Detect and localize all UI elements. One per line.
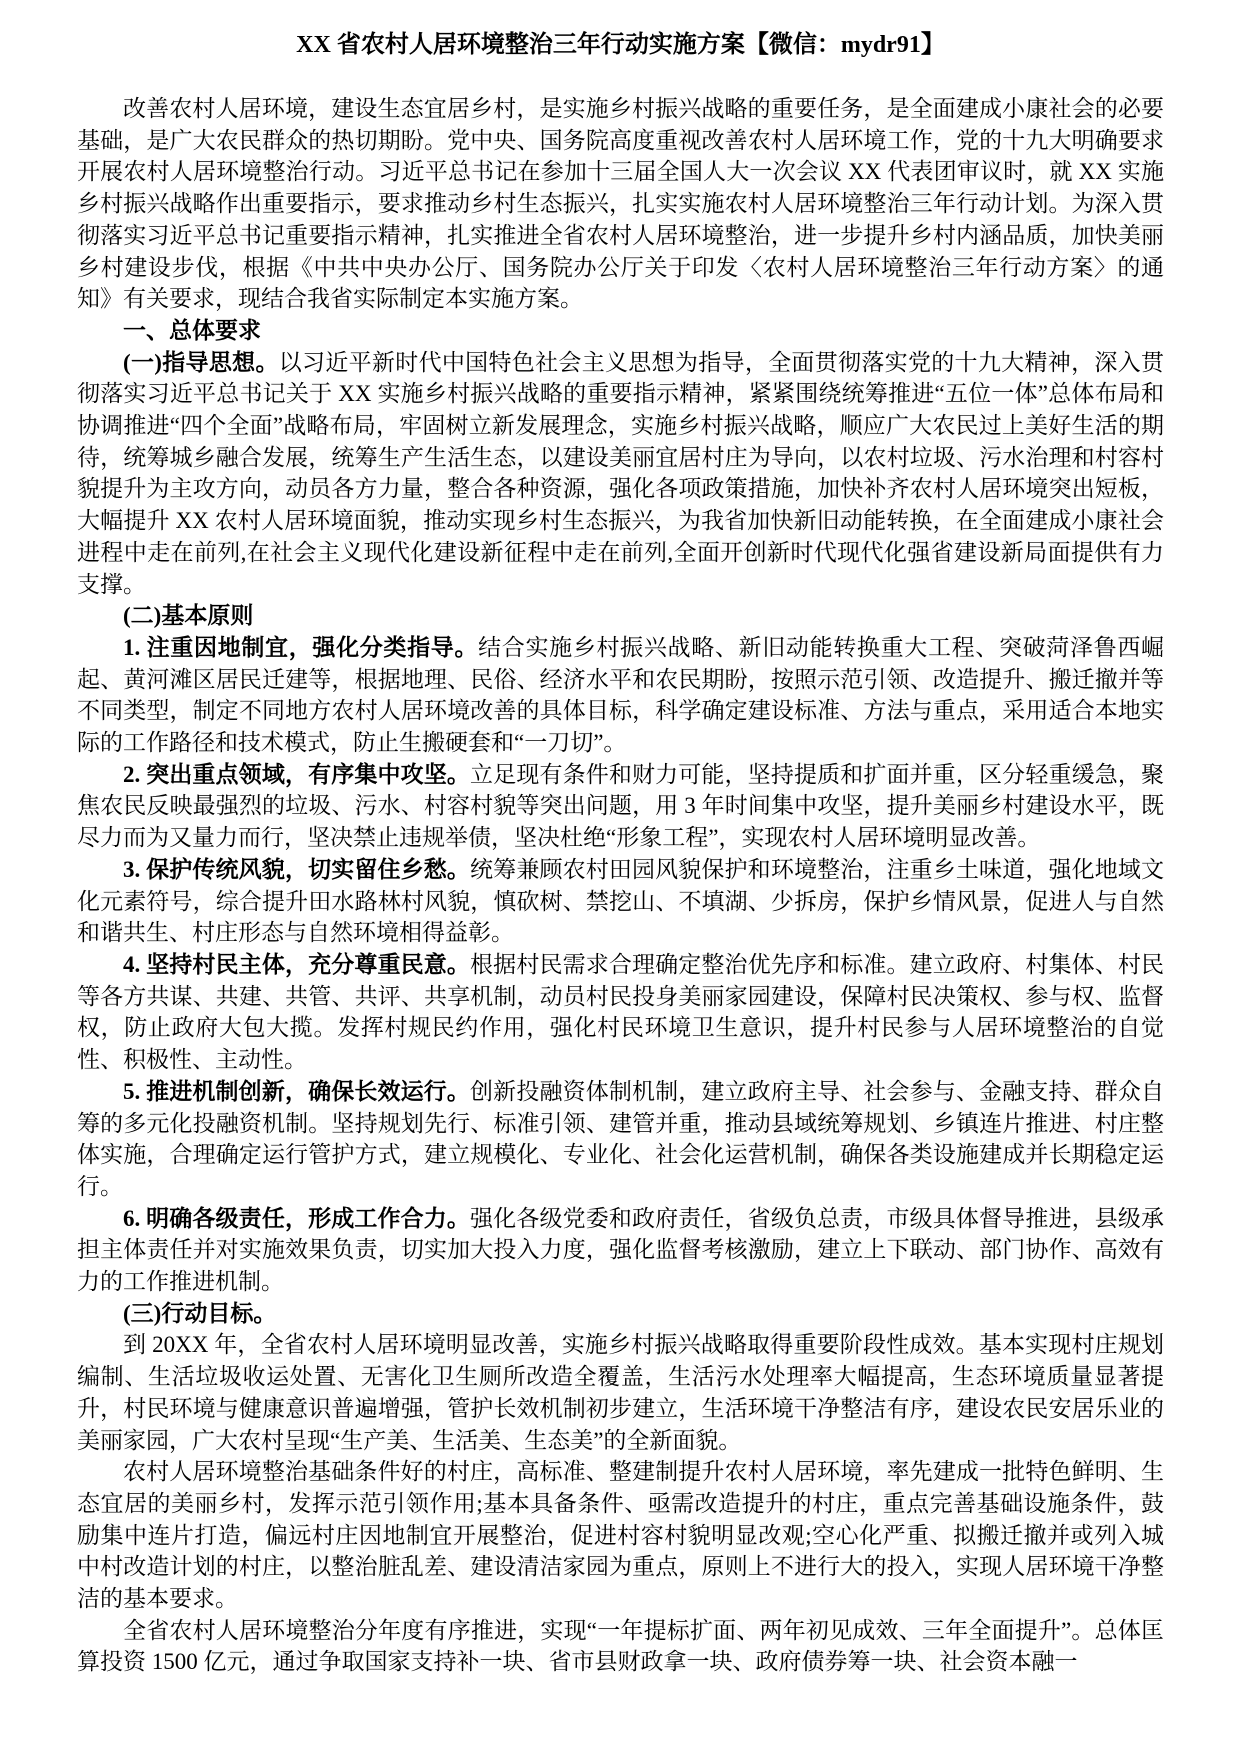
paragraph-text: 到 20XX 年，全省农村人居环境明显改善，实施乡村振兴战略取得重要阶段性成效。… xyxy=(77,1332,1164,1452)
paragraph-text: 农村人居环境整治基础条件好的村庄，高标准、整建制提升农村人居环境，率先建成一批特… xyxy=(77,1459,1164,1611)
paragraph-village-categories: 农村人居环境整治基础条件好的村庄，高标准、整建制提升农村人居环境，率先建成一批特… xyxy=(77,1456,1164,1615)
intro-paragraph: 改善农村人居环境，建设生态宜居乡村，是实施乡村振兴战略的重要任务，是全面建成小康… xyxy=(77,93,1164,315)
heading-lead: 一、总体要求 xyxy=(123,318,261,343)
heading-overall-requirements: 一、总体要求 xyxy=(77,315,1164,347)
principle-6-paragraph: 6. 明确各级责任，形成工作合力。强化各级党委和政府责任，省级负总责，市级具体督… xyxy=(77,1203,1164,1298)
paragraph-lead: 4. 坚持村民主体，充分尊重民意。 xyxy=(123,952,470,977)
paragraph-lead: 3. 保护传统风貌，切实留住乡愁。 xyxy=(123,857,470,882)
paragraph-lead: 5. 推进机制创新，确保长效运行。 xyxy=(123,1079,470,1104)
principle-5-paragraph: 5. 推进机制创新，确保长效运行。创新投融资体制机制，建立政府主导、社会参与、金… xyxy=(77,1076,1164,1203)
document-title: XX 省农村人居环境整治三年行动实施方案【微信：mydr91】 xyxy=(77,28,1164,62)
paragraph-text: 以习近平新时代中国特色社会主义思想为指导，全面贯彻落实党的十九大精神，深入贯彻落… xyxy=(77,350,1164,597)
paragraph-lead: (一)指导思想。 xyxy=(123,350,279,375)
paragraph-annual-plan-funding: 全省农村人居环境整治分年度有序推进，实现“一年提标扩面、两年初见成效、三年全面提… xyxy=(77,1615,1164,1678)
paragraph-goals-overview: 到 20XX 年，全省农村人居环境明显改善，实施乡村振兴战略取得重要阶段性成效。… xyxy=(77,1329,1164,1456)
principle-2-paragraph: 2. 突出重点领域，有序集中攻坚。立足现有条件和财力可能，坚持提质和扩面并重，区… xyxy=(77,759,1164,854)
principle-3-paragraph: 3. 保护传统风貌，切实留住乡愁。统筹兼顾农村田园风貌保护和环境整治，注重乡土味… xyxy=(77,854,1164,949)
paragraph-lead: 6. 明确各级责任，形成工作合力。 xyxy=(123,1206,470,1231)
heading-lead: (二)基本原则 xyxy=(123,603,253,628)
heading-action-goals: (三)行动目标。 xyxy=(77,1298,1164,1330)
paragraph-lead: 1. 注重因地制宜，强化分类指导。 xyxy=(123,635,478,660)
heading-basic-principles: (二)基本原则 xyxy=(77,600,1164,632)
paragraph-text: 改善农村人居环境，建设生态宜居乡村，是实施乡村振兴战略的重要任务，是全面建成小康… xyxy=(77,96,1164,311)
paragraph-lead: 2. 突出重点领域，有序集中攻坚。 xyxy=(123,762,470,787)
paragraph-guiding-ideology: (一)指导思想。以习近平新时代中国特色社会主义思想为指导，全面贯彻落实党的十九大… xyxy=(77,347,1164,601)
document-page: XX 省农村人居环境整治三年行动实施方案【微信：mydr91】 改善农村人居环境… xyxy=(0,0,1240,1754)
principle-1-paragraph: 1. 注重因地制宜，强化分类指导。结合实施乡村振兴战略、新旧动能转换重大工程、突… xyxy=(77,632,1164,759)
principle-4-paragraph: 4. 坚持村民主体，充分尊重民意。根据村民需求合理确定整治优先序和标准。建立政府… xyxy=(77,949,1164,1076)
heading-lead: (三)行动目标。 xyxy=(123,1301,276,1326)
paragraph-text: 全省农村人居环境整治分年度有序推进，实现“一年提标扩面、两年初见成效、三年全面提… xyxy=(77,1618,1164,1675)
